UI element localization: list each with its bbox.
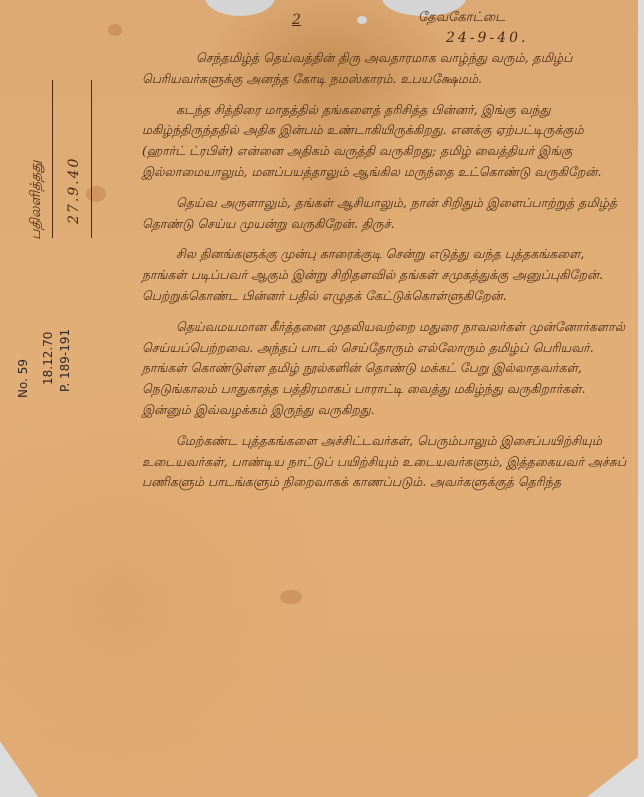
reply-note: பதிலளித்தது [28,161,46,240]
letter-body: செந்தமிழ்த் தெய்வத்தின் திரு அவதாரமாக வா… [142,48,630,503]
body-paragraph: கடந்த சித்திரை மாதத்தில் தங்களைத் தரிசித… [142,100,630,183]
ink-stain [108,24,122,36]
letter-date: 24-9-40. [446,30,528,46]
ink-stain [280,590,302,604]
paper-hole [205,0,275,16]
body-paragraph: தெய்வமயமான கீர்த்தனை முதலியவற்றை மதுரை ந… [142,317,630,421]
body-paragraph: மேற்கண்ட புத்தகங்களை அச்சிட்டவர்கள், பெர… [142,431,630,493]
letter-place: தேவகோட்டை [418,10,505,26]
body-paragraph: தெய்வ அருளாலும், தங்கள் ஆசியாலும், நான் … [142,193,630,235]
letter-page: 2 தேவகோட்டை 24-9-40. பதிலளித்தது 27.9.40… [0,0,638,797]
salutation-paragraph: செந்தமிழ்த் தெய்வத்தின் திரு அவதாரமாக வா… [142,48,630,90]
body-paragraph: சில தினங்களுக்கு முன்பு காரைக்குடி சென்ற… [142,244,630,306]
page-number: 2 [292,12,301,28]
reply-date: 27.9.40 [66,157,82,224]
archive-number: No. 59 [16,359,30,398]
archive-pages: P. 189-191 [58,329,72,392]
archive-date: 18.12.70 [41,332,55,385]
paper-hole [357,16,367,24]
